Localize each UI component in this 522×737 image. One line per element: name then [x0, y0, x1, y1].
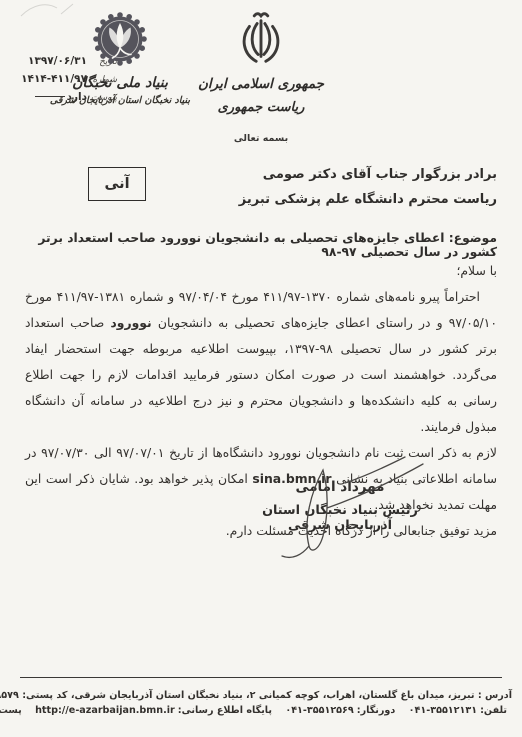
- foundation-name: بنیاد ملی نخبگان: [25, 75, 215, 91]
- footer-contact-line: تلفن:۳۵۵۱۲۱۳۱-۰۴۱ دورنگار:۳۵۵۱۲۵۶۹-۰۴۱ پ…: [10, 705, 512, 716]
- recipient-title: ریاست محترم دانشگاه علم پزشکی تبریز: [167, 187, 497, 212]
- footer-email: پست الکترونیکی:azar.sh@bmn.ir: [0, 705, 22, 716]
- subject-text: اعطای جایزه‌های تحصیلی به دانشجویان نوور…: [38, 231, 497, 259]
- paragraph-1-bold-word: نوورود: [110, 315, 151, 330]
- paragraph-1: احتراماً پیرو نامه‌های شماره ۱۳۷۰-۴۱۱/۹۷…: [25, 284, 497, 440]
- urgency-stamp: آنی: [88, 167, 146, 201]
- subject-label: موضوع:: [449, 231, 497, 245]
- paragraph-1-part-b: صاحب استعداد برتر کشور در سال تحصیلی ۹۸-…: [25, 315, 497, 434]
- foundation-seal-icon: [93, 12, 147, 66]
- scanned-letter-page: تاریخ ۱۳۹۷/۰۶/۳۱ شماره ۱۴۱۴-۴۱۱/۹۷ پیوست…: [0, 0, 522, 737]
- foundation-branch: بنیاد نخبگان استان آذربایجان شرقی: [25, 95, 215, 106]
- footer-divider: [20, 677, 502, 678]
- recipient-name: برادر بزرگوار جناب آقای دکتر صومی: [167, 162, 497, 187]
- footer-website: پایگاه اطلاع رسانی:http://e-azarbaijan.b…: [35, 705, 272, 716]
- phone-value: ۳۵۵۱۲۱۳۱-۰۴۱: [409, 705, 477, 716]
- salutation: با سلام؛: [25, 258, 497, 284]
- phone-label: تلفن:: [480, 705, 507, 716]
- email-label: پست الکترونیکی:: [0, 705, 22, 716]
- fax-label: دورنگار:: [357, 705, 396, 716]
- footer-fax: دورنگار:۳۵۵۱۲۵۶۹-۰۴۱: [285, 705, 395, 716]
- foundation-letterhead: بنیاد ملی نخبگان بنیاد نخبگان استان آذرب…: [25, 12, 215, 106]
- footer-address-line: آدرس : تبریز، میدان باغ گلستان، اهراب، ک…: [10, 690, 512, 701]
- footer-phone: تلفن:۳۵۵۱۲۱۳۱-۰۴۱: [409, 705, 507, 716]
- website-url: http://e-azarbaijan.bmn.ir: [35, 705, 175, 716]
- footer: آدرس : تبریز، میدان باغ گلستان، اهراب، ک…: [10, 686, 512, 716]
- subject-line: موضوع: اعطای جایزه‌های تحصیلی به دانشجوی…: [25, 231, 497, 259]
- fax-value: ۳۵۵۱۲۵۶۹-۰۴۱: [285, 705, 353, 716]
- iran-emblem-icon: [232, 10, 290, 70]
- urgency-stamp-label: آنی: [104, 176, 129, 192]
- signer-title: رئیس بنیاد نخبگان استان آذربایجان شرقی: [235, 503, 445, 533]
- signer-name: مهرداد امامی: [235, 479, 445, 495]
- recipient-block: برادر بزرگوار جناب آقای دکتر صومی ریاست …: [167, 162, 497, 212]
- basmala: بسمه تعالی: [0, 133, 522, 144]
- signature-block: مهرداد امامی رئیس بنیاد نخبگان استان آذر…: [235, 479, 445, 533]
- website-label: پایگاه اطلاع رسانی:: [178, 705, 272, 716]
